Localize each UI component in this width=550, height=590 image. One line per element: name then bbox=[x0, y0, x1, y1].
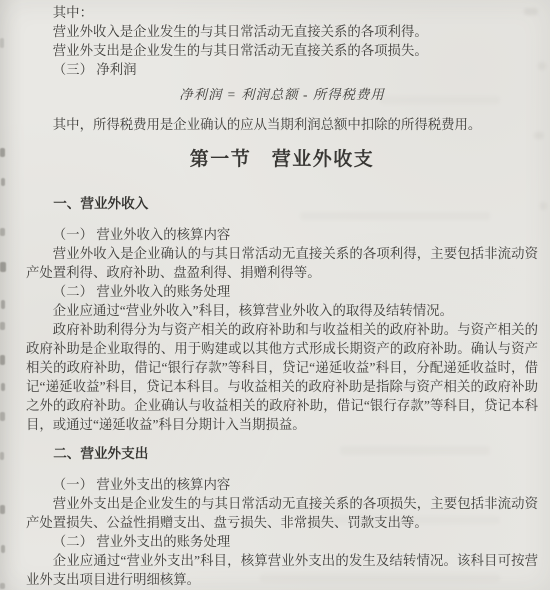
non-operating-expense-section: （一） 营业外支出的核算内容 营业外支出是企业发生的与其日常活动无直接关系的各项… bbox=[26, 475, 538, 589]
scan-speck bbox=[1, 300, 5, 309]
intro-lead: 其中： bbox=[26, 3, 538, 22]
scan-speck bbox=[0, 412, 5, 421]
income-bookkeeping-paragraph-2: 政府补助利得分为与资产相关的政府补助和与收益相关的政府补助。与资产相关的政府补助… bbox=[26, 320, 538, 434]
expense-accounting-paragraph: 营业外支出是企业发生的与其日常活动无直接关系的各项损失，主要包括非流动资产处置损… bbox=[26, 494, 538, 532]
heading-non-operating-income: 一、营业外收入 bbox=[26, 194, 538, 213]
scan-speck bbox=[0, 228, 5, 236]
non-operating-income-section: （一） 营业外收入的核算内容 营业外收入是企业确认的与其日常活动无直接关系的各项… bbox=[26, 225, 538, 434]
scan-speck bbox=[1, 178, 5, 186]
scan-speck bbox=[0, 452, 4, 460]
scan-speck bbox=[0, 355, 5, 365]
net-profit-item-heading: （三） 净利润 bbox=[26, 60, 538, 79]
document-page: 其中： 营业外收入是企业发生的与其日常活动无直接关系的各项利得。 营业外支出是企… bbox=[0, 0, 550, 590]
bleed-through-mark bbox=[540, 202, 547, 210]
scan-speck bbox=[1, 545, 5, 553]
section-title: 第一节 营业外收支 bbox=[26, 149, 538, 171]
intro-expense-line: 营业外支出是企业发生的与其日常活动无直接关系的各项损失。 bbox=[26, 41, 538, 60]
heading-non-operating-expense: 二、营业外支出 bbox=[26, 444, 538, 463]
expense-bookkeeping-paragraph: 企业应通过“营业外支出”科目，核算营业外支出的发生及结转情况。该科目可按营业外支… bbox=[26, 551, 538, 589]
income-bookkeeping-paragraph-1: 企业应通过“营业外收入”科目，核算营业外收入的取得及结转情况。 bbox=[26, 301, 538, 320]
intro-income-line: 营业外收入是企业发生的与其日常活动无直接关系的各项利得。 bbox=[26, 22, 538, 41]
scan-speck bbox=[0, 38, 4, 48]
income-accounting-paragraph: 营业外收入是企业确认的与其日常活动无直接关系的各项利得，主要包括非流动资产处置利… bbox=[26, 244, 538, 282]
bleed-through-mark bbox=[538, 62, 546, 70]
scan-speck bbox=[0, 505, 5, 514]
net-profit-formula: 净利润 = 利润总额 - 所得税费用 bbox=[26, 87, 538, 103]
scan-speck bbox=[0, 322, 5, 330]
page-content: 其中： 营业外收入是企业发生的与其日常活动无直接关系的各项利得。 营业外支出是企… bbox=[26, 0, 538, 589]
subheading-income-accounting-content: （一） 营业外收入的核算内容 bbox=[26, 225, 538, 244]
income-tax-note: 其中，所得税费用是企业确认的应从当期利润总额中扣除的所得税费用。 bbox=[26, 115, 538, 134]
scan-speck bbox=[0, 583, 5, 589]
scan-speck bbox=[0, 148, 5, 157]
subheading-expense-bookkeeping: （二） 营业外支出的账务处理 bbox=[26, 532, 538, 551]
intro-block: 其中： 营业外收入是企业发生的与其日常活动无直接关系的各项利得。 营业外支出是企… bbox=[26, 0, 538, 79]
scan-speck bbox=[0, 262, 6, 272]
subheading-expense-accounting-content: （一） 营业外支出的核算内容 bbox=[26, 475, 538, 494]
scan-speck bbox=[1, 383, 5, 391]
subheading-income-bookkeeping: （二） 营业外收入的账务处理 bbox=[26, 282, 538, 301]
